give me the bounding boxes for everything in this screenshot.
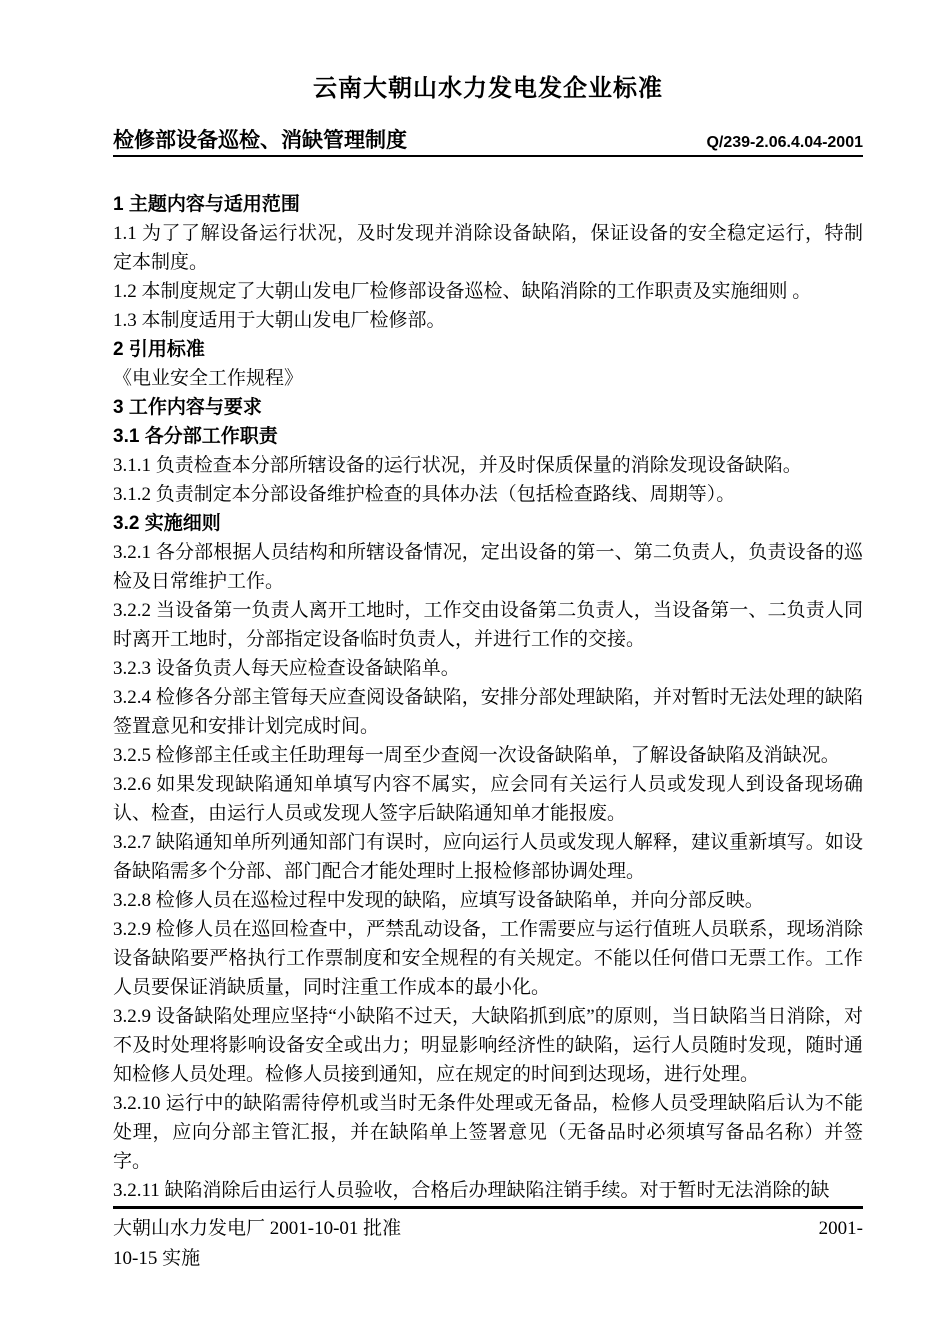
paragraph: 3.1.2 负责制定本分部设备维护检查的具体办法（包括检查路线、周期等）。 [113, 480, 863, 509]
footer-rule [113, 1206, 863, 1209]
paragraph: 3.2.2 当设备第一负责人离开工地时，工作交由设备第二负责人，当设备第一、二负… [113, 596, 863, 654]
paragraph: 1.3 本制度适用于大朝山发电厂检修部。 [113, 306, 863, 335]
paragraph: 3.2.6 如果发现缺陷通知单填写内容不属实，应会同有关运行人员或发现人到设备现… [113, 770, 863, 828]
section-heading: 1 主题内容与适用范围 [113, 190, 863, 219]
approval-text: 大朝山水力发电厂 2001-10-01 批准 [113, 1214, 401, 1244]
paragraph: 3.2.11 缺陷消除后由运行人员验收，合格后办理缺陷注销手续。对于暂时无法消除… [113, 1176, 863, 1205]
header-rule [113, 155, 863, 157]
paragraph: 3.2.8 检修人员在巡检过程中发现的缺陷，应填写设备缺陷单，并向分部反映。 [113, 886, 863, 915]
page-footer: 大朝山水力发电厂 2001-10-01 批准 2001- 10-15 实施 [113, 1214, 863, 1274]
paragraph: 《电业安全工作规程》 [113, 364, 863, 393]
implementation-text: 10-15 实施 [113, 1244, 863, 1274]
paragraph: 3.2.4 检修各分部主管每天应查阅设备缺陷，安排分部处理缺陷，并对暂时无法处理… [113, 683, 863, 741]
paragraph: 3.1.1 负责检查本分部所辖设备的运行状况，并及时保质保量的消除发现设备缺陷。 [113, 451, 863, 480]
paragraph: 3.2.9 设备缺陷处理应坚持“小缺陷不过天，大缺陷抓到底”的原则，当日缺陷当日… [113, 1002, 863, 1089]
section-heading: 3.2 实施细则 [113, 509, 863, 538]
page-title: 云南大朝山水力发电发企业标准 [113, 68, 863, 103]
section-heading: 2 引用标准 [113, 335, 863, 364]
paragraph: 3.2.9 检修人员在巡回检查中，严禁乱动设备，工作需要应与运行值班人员联系，现… [113, 915, 863, 1002]
paragraph: 3.2.3 设备负责人每天应检查设备缺陷单。 [113, 654, 863, 683]
paragraph: 3.2.5 检修部主任或主任助理每一周至少查阅一次设备缺陷单，了解设备缺陷及消缺… [113, 741, 863, 770]
paragraph: 3.2.10 运行中的缺陷需待停机或当时无条件处理或无备品，检修人员受理缺陷后认… [113, 1089, 863, 1176]
paragraph: 3.2.1 各分部根据人员结构和所辖设备情况，定出设备的第一、第二负责人，负责设… [113, 538, 863, 596]
footer-line-1: 大朝山水力发电厂 2001-10-01 批准 2001- [113, 1214, 863, 1244]
document-body: 1 主题内容与适用范围1.1 为了了解设备运行状况，及时发现并消除设备缺陷，保证… [113, 190, 863, 1205]
paragraph: 3.2.7 缺陷通知单所列通知部门有误时，应向运行人员或发现人解释，建议重新填写… [113, 828, 863, 886]
standard-code: Q/239-2.06.4.04-2001 [706, 134, 863, 154]
implementation-date-fragment: 2001- [819, 1214, 863, 1244]
subtitle-row: 检修部设备巡检、消缺管理制度 Q/239-2.06.4.04-2001 [113, 124, 863, 154]
paragraph: 1.1 为了了解设备运行状况，及时发现并消除设备缺陷，保证设备的安全稳定运行，特… [113, 219, 863, 277]
section-heading: 3 工作内容与要求 [113, 393, 863, 422]
paragraph: 1.2 本制度规定了大朝山发电厂检修部设备巡检、缺陷消除的工作职责及实施细则 。 [113, 277, 863, 306]
document-page: 云南大朝山水力发电发企业标准 检修部设备巡检、消缺管理制度 Q/239-2.06… [0, 0, 950, 1344]
document-subtitle: 检修部设备巡检、消缺管理制度 [113, 124, 407, 154]
section-heading: 3.1 各分部工作职责 [113, 422, 863, 451]
